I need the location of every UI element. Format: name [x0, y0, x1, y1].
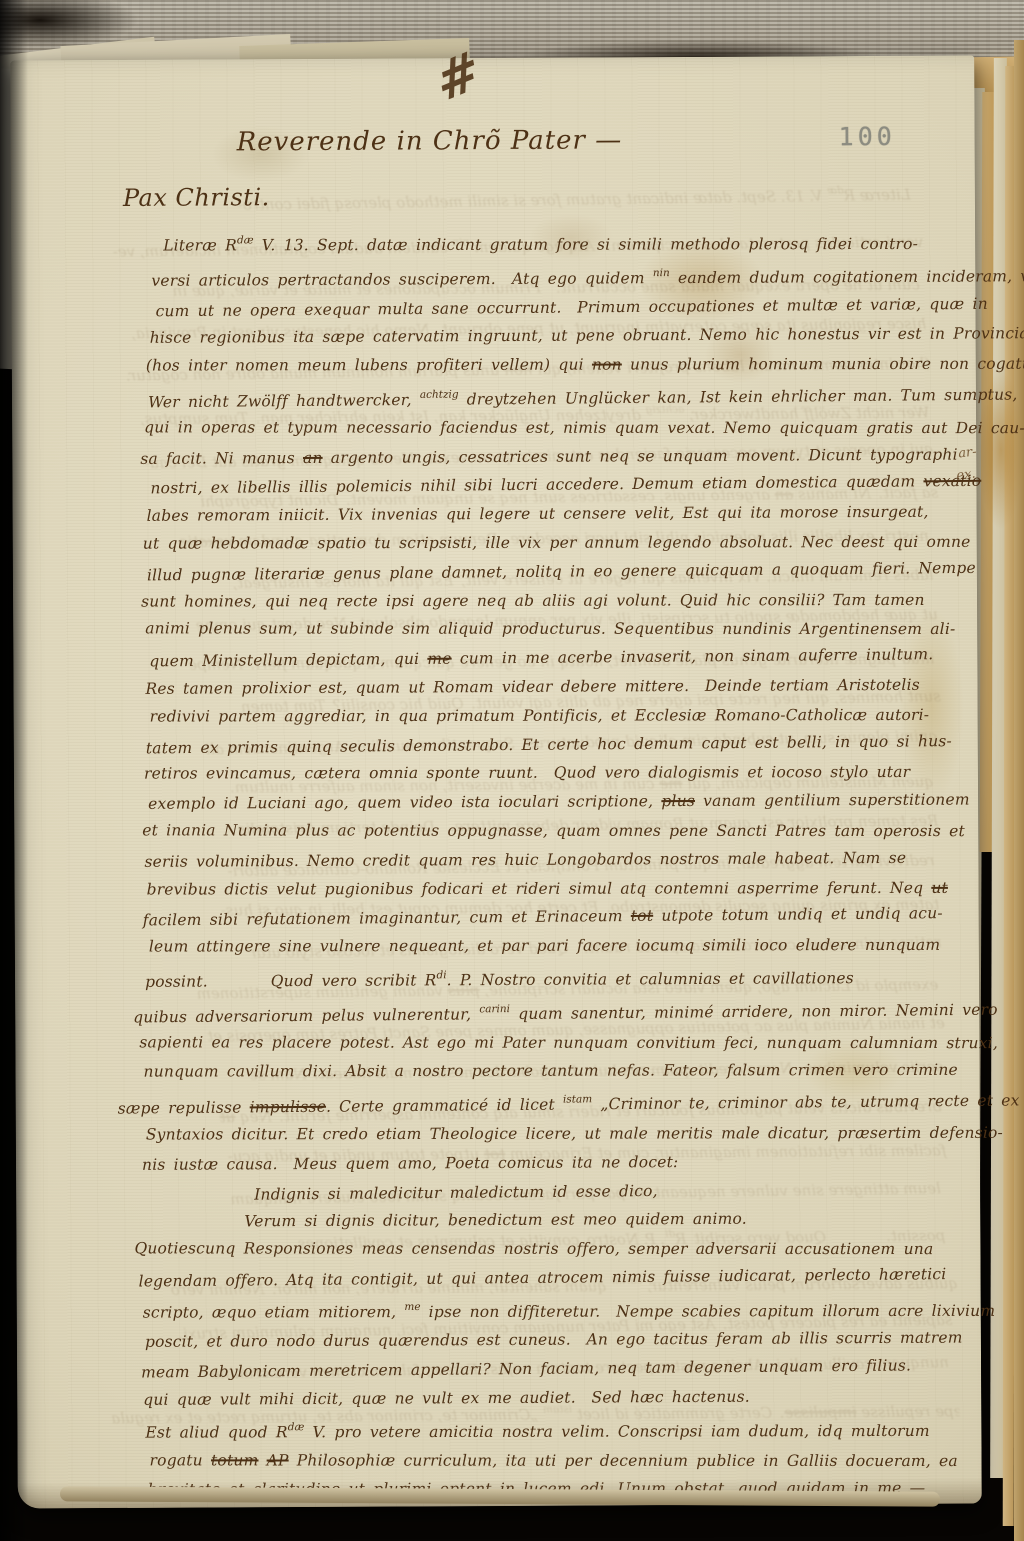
struck-word: impulisse [250, 1098, 327, 1117]
manuscript-line: redivivi partem aggrediar, in qua primat… [150, 701, 958, 731]
line-text: . Certe grammaticé id licet [326, 1096, 563, 1116]
line-text: sæpe repulisse [118, 1099, 250, 1118]
gutter-shadow [0, 0, 28, 1541]
salutation-line: Reverende in Chrõ Pater — [237, 125, 623, 157]
line-text: versi articulos pertractandos susciperem… [151, 269, 653, 290]
manuscript-line: animi plenus sum, ut subinde sim aliquid… [145, 615, 957, 645]
interlinear-insertion: dæ [288, 1421, 305, 1433]
manuscript-line: Syntaxios dicitur. Et credo etiam Theolo… [146, 1119, 960, 1150]
line-text: labes remoram iniicit. Vix invenias qui … [147, 503, 929, 525]
line-text: legendam offero. Atq ita contigit, ut qu… [139, 1265, 947, 1290]
line-text: V. 13. Sept. datæ indicant gratum fore s… [237, 187, 827, 214]
manuscript-line: illud pugnæ literariæ genus plane damnet… [147, 554, 957, 590]
line-text: hisce regionibus ita sæpe catervatim ing… [150, 325, 1024, 348]
manuscript-line: qui in operas et typum necessario facien… [144, 413, 956, 443]
line-text: quibus adversariorum pelus vulnerentur, [133, 1005, 479, 1026]
manuscript-line: quibus adversariorum pelus vulnerentur, … [133, 991, 959, 1032]
line-text: poscit, et duro nodo durus quærendus est… [145, 1329, 963, 1351]
line-text: Indignis si maledicitur maledictum id es… [254, 1181, 658, 1203]
line-text: V. 13. Sept. datæ indicant gratum fore s… [254, 235, 919, 254]
line-text: sapienti ea res placere potest. Ast ego … [139, 1033, 998, 1052]
interlinear-insertion: dæ [827, 185, 844, 197]
interlinear-insertion: di [436, 969, 446, 981]
line-text: scripto, æquo etiam mitiorem, [143, 1303, 405, 1322]
manuscript-body: Literæ Rdæ V. 13. Sept. datæ indicant gr… [129, 224, 962, 1507]
manuscript-page: Literæ Rdæ V. 13. Sept. datæ indicant gr… [10, 55, 982, 1508]
line-text: . P. Nostro convitia et calumnias et cav… [447, 969, 854, 989]
line-text: Syntaxios dicitur. Et credo etiam Theolo… [146, 1124, 1003, 1144]
struck-word: ut [931, 878, 948, 896]
line-text: vanam gentilium superstitionem [695, 791, 970, 810]
manuscript-line: exemplo id Luciani ago, quem video ista … [148, 786, 958, 819]
line-text: cum ut ne opera exequar multa sane occur… [155, 294, 987, 320]
manuscript-line: possint. Quod vero scribit Rdi. P. Nostr… [145, 959, 959, 997]
interlinear-insertion: istam [563, 1093, 592, 1105]
line-text: ipse non diffiteretur. Nempe scabies cap… [421, 1301, 996, 1320]
line-text: rogatu [150, 1451, 211, 1469]
struck-word: an [303, 448, 323, 466]
line-text: eandem dudum cogitationem incideram, ve- [670, 267, 1024, 287]
struck-word: plus [661, 792, 695, 810]
interlinear-insertion: dæ [237, 234, 254, 246]
manuscript-line: rogatu totum AP Philosophiæ curriculum, … [150, 1446, 962, 1476]
line-text: utpote totum undiq et undiq acu- [653, 904, 943, 925]
line-text: possint. Quod vero scribit R [145, 971, 437, 991]
manuscript-line: leum attingere sine vulnere nequeant, et… [149, 931, 959, 961]
struck-word: tot [631, 907, 654, 925]
line-text: meam Babylonicam meretricem appellari? N… [141, 1357, 911, 1382]
line-text: et inania Numina plus ac potentius oppug… [142, 821, 965, 840]
line-text: illud pugnæ literariæ genus plane damnet… [147, 559, 976, 585]
interlinear-insertion: achtzig [420, 389, 459, 401]
manuscript-line: ut quæ hebdomadæ spatio tu scripsisti, i… [143, 528, 957, 559]
line-text: argento ungis, cessatrices sunt neq se u… [323, 445, 958, 466]
line-text: Literæ R [844, 186, 911, 205]
line-text: V. pro vetere amicitia nostra velim. Con… [304, 1422, 929, 1441]
manuscript-line: et inania Numina plus ac potentius oppug… [142, 816, 958, 846]
manuscript-line: Indignis si maledicitur maledictum id es… [254, 1174, 960, 1209]
manuscript-line: seriis voluminibus. Nemo credit quam res… [144, 843, 958, 876]
line-text: sunt homines, qui neq recte ipsi agere n… [141, 590, 925, 610]
manuscript-line: sapienti ea res placere potest. Ast ego … [139, 1028, 959, 1058]
line-text: leum attingere sine vulnere nequeant, et… [149, 936, 940, 956]
line-text: dreytzehen Unglücker kan, Ist kein ehrli… [459, 385, 1018, 408]
folio-number-stamp: 100 [839, 122, 896, 151]
manuscript-line: labes remoram iniicit. Vix invenias qui … [147, 498, 957, 531]
struck-word: AP [267, 1451, 289, 1469]
manuscript-line: Verum si dignis dicitur, benedictum est … [244, 1204, 960, 1237]
line-text: ut quæ hebdomadæ spatio tu scripsisti, i… [143, 533, 971, 553]
manuscript-line: Literæ Rdæ V. 13. Sept. datæ indicant gr… [163, 225, 955, 260]
greeting-line: Pax Christi. [123, 183, 270, 212]
struck-word: me [427, 650, 451, 668]
line-text: unus plurium hominum munia obire non cog… [622, 355, 1024, 374]
line-text: qui in operas et typum necessario facien… [144, 418, 1024, 437]
manuscript-line: scripto, æquo etiam mitiorem, me ipse no… [143, 1292, 961, 1328]
line-text: Quotiescunq Responsiones meas censendas … [134, 1239, 933, 1258]
manuscript-line: Est aliud quod Rdæ V. pro vetere amiciti… [145, 1412, 961, 1448]
manuscript-line: versi articulos pertractandos susciperem… [151, 257, 955, 295]
line-text [258, 1451, 266, 1469]
line-text: brevibus dictis velut pugionibus fodicar… [147, 878, 932, 898]
manuscript-line: legendam offero. Atq ita contigit, ut qu… [138, 1260, 960, 1296]
manuscript-line: Wer nicht Zwölff handtwercker, achtzig d… [148, 376, 956, 417]
struck-word: totum [211, 1451, 259, 1469]
line-text: qui quæ vult mihi dicit, quæ ne vult ex … [143, 1388, 750, 1409]
interlinear-insertion: nin [653, 267, 670, 279]
manuscript-line: Res tamen prolixior est, quam ut Romam v… [145, 671, 957, 704]
line-text: seriis voluminibus. Nemo credit quam res… [144, 849, 906, 871]
adjacent-page-text-fragment: ex. [956, 467, 977, 484]
interlinear-insertion: carini [479, 1003, 510, 1015]
line-text: tatem ex primis quinq seculis demonstrab… [146, 732, 952, 757]
line-text: Res tamen prolixior est, quam ut Romam v… [145, 676, 919, 698]
line-text: cum in me acerbe invaserit, non sinam au… [452, 645, 934, 667]
line-text: quam sanentur, minimé arridere, non miro… [510, 1000, 998, 1022]
manuscript-line: Quotiescunq Responsiones meas censendas … [134, 1234, 960, 1264]
line-text: nostri, ex libellis illis polemicis nihi… [150, 473, 923, 498]
line-text: „Criminor te, criminor abs te, utrumq re… [592, 1091, 1024, 1113]
line-text: nis iustæ causa. Meus quem amo, Poeta co… [142, 1153, 679, 1174]
manuscript-scan: Literæ Rdæ V. 13. Sept. datæ indicant gr… [0, 0, 1024, 1541]
stacked-page-edge [1014, 40, 1024, 1541]
line-text: sa facit. Ni manus [140, 449, 303, 468]
line-text: Verum si dignis dicitur, benedictum est … [244, 1210, 747, 1231]
manuscript-line: sunt homines, qui neq recte ipsi agere n… [141, 585, 957, 616]
line-text: (hos inter nomen meum lubens profiteri v… [146, 356, 592, 375]
interlinear-insertion: me [404, 1301, 420, 1313]
line-text: Est aliud quod R [145, 1423, 287, 1441]
line-text: redivivi partem aggrediar, in qua primat… [150, 706, 930, 726]
manuscript-line: qui quæ vult mihi dicit, quæ ne vult ex … [143, 1382, 961, 1415]
line-text: Philosophiæ curriculum, ita uti per dece… [289, 1451, 958, 1470]
manuscript-line: sæpe repulisse impulisse. Certe grammati… [118, 1082, 960, 1123]
line-text: Literæ R [163, 236, 237, 254]
manuscript-line: retiros evincamus, cætera omnia sponte r… [144, 758, 958, 789]
manuscript-line: (hos inter nomen meum lubens profiteri v… [146, 350, 956, 380]
line-text: quem Ministellum depictam, qui [149, 650, 427, 671]
line-text: animi plenus sum, ut subinde sim aliquid… [145, 620, 955, 639]
line-text: facilem sibi refutationem imaginantur, c… [143, 907, 631, 929]
line-text: nunquam cavillum dixi. Absit a nostro pe… [143, 1061, 957, 1081]
struck-word: non [592, 356, 622, 374]
line-text: Wer nicht Zwölff handtwercker, [148, 391, 420, 411]
line-text: retiros evincamus, cætera omnia sponte r… [144, 763, 910, 783]
adjacent-page-text-fragment: ar- [958, 445, 978, 462]
line-text: exemplo id Luciani ago, quem video ista … [148, 792, 661, 813]
